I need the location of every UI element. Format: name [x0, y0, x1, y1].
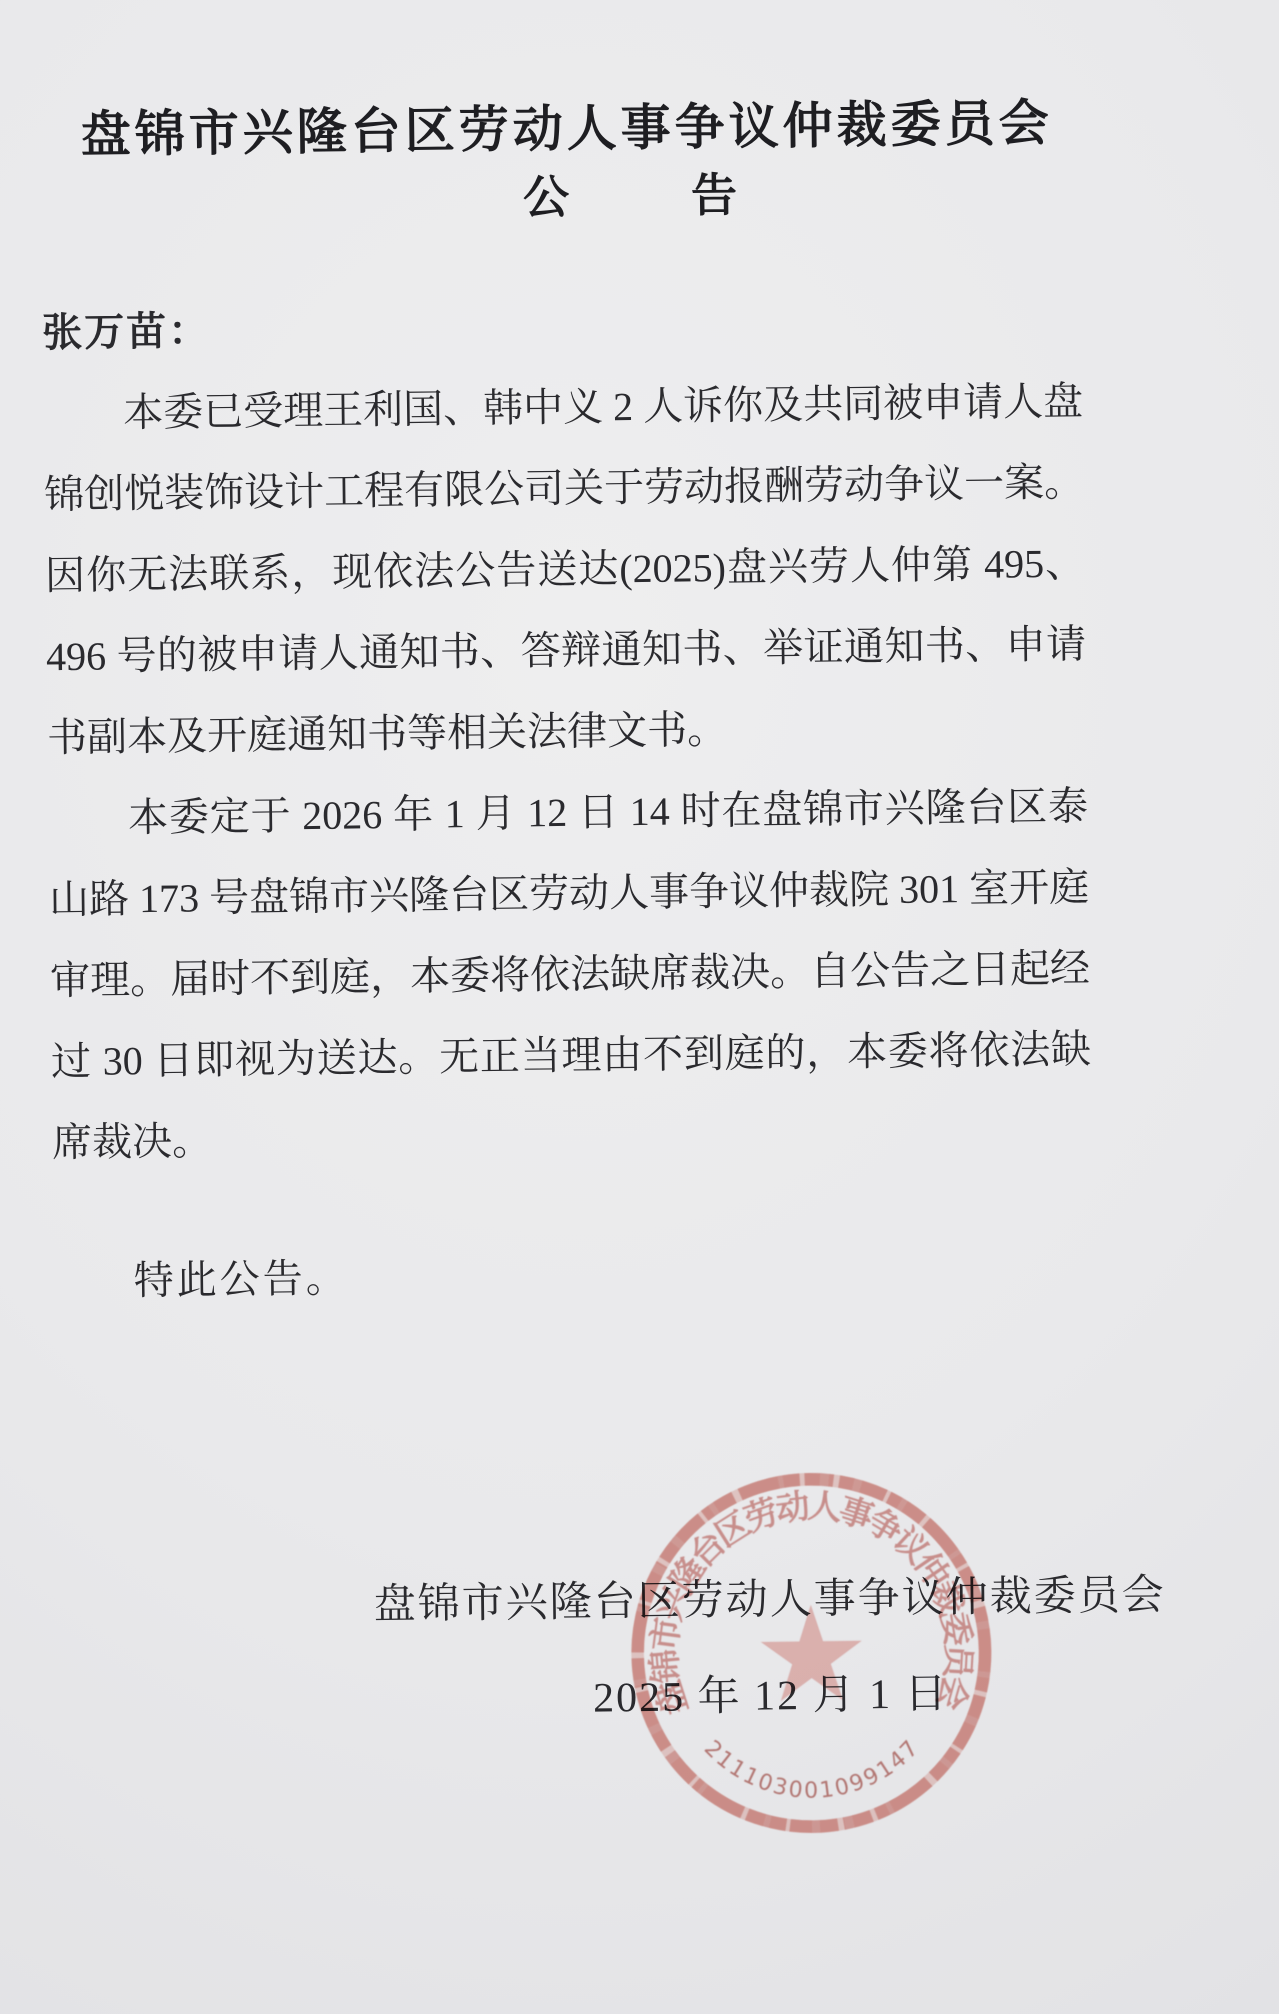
seal-star-icon	[760, 1604, 862, 1701]
paragraph1-line: 书副本及开庭通知书等相关法律文书。	[47, 685, 1088, 779]
paragraph1-line: 496 号的被申请人通知书、答辩通知书、举证通知书、申请	[46, 604, 1087, 698]
paragraph1-line: 本委已受理王利国、韩中义 2 人诉你及共同被申请人盘	[43, 361, 1084, 455]
paragraph1-line: 锦创悦装饰设计工程有限公司关于劳动报酬劳动争议一案。	[44, 442, 1085, 536]
paragraph2-line: 审理。届时不到庭，本委将依法缺席裁决。自公告之日起经	[50, 928, 1091, 1022]
paragraph2-line: 山路 173 号盘锦市兴隆台区劳动人事争议仲裁院 301 室开庭	[49, 847, 1090, 941]
paragraph2-line: 过 30 日即视为送达。无正当理由不到庭的，本委将依法缺	[51, 1009, 1092, 1103]
svg-text:211103001099147: 211103001099147	[699, 1733, 927, 1805]
paragraph2-line: 席裁决。	[52, 1089, 1093, 1183]
addressee: 张万苗：	[42, 280, 1083, 374]
notice-document: 盘锦市兴隆台区劳动人事争议仲裁委员会 公 告 张万苗： 本委已受理王利国、韩中义…	[0, 0, 1279, 2014]
seal-serial-number: 211103001099147	[699, 1733, 927, 1805]
notice-page: 盘锦市兴隆台区劳动人事争议仲裁委员会 公 告 张万苗： 本委已受理王利国、韩中义…	[0, 0, 1279, 2014]
official-seal-stamp: 盘锦市兴隆台区劳动人事争议仲裁委员会 211103001099147	[616, 1458, 1007, 1849]
paragraph2-line: 本委定于 2026 年 1 月 12 日 14 时在盘锦市兴隆台区泰	[48, 766, 1089, 860]
document-body: 张万苗： 本委已受理王利国、韩中义 2 人诉你及共同被申请人盘 锦创悦装饰设计工…	[42, 280, 1095, 1323]
closing-statement: 特此公告。	[53, 1228, 1094, 1322]
paragraph1-line: 因你无法联系，现依法公告送达(2025)盘兴劳人仲第 495、	[45, 523, 1086, 617]
